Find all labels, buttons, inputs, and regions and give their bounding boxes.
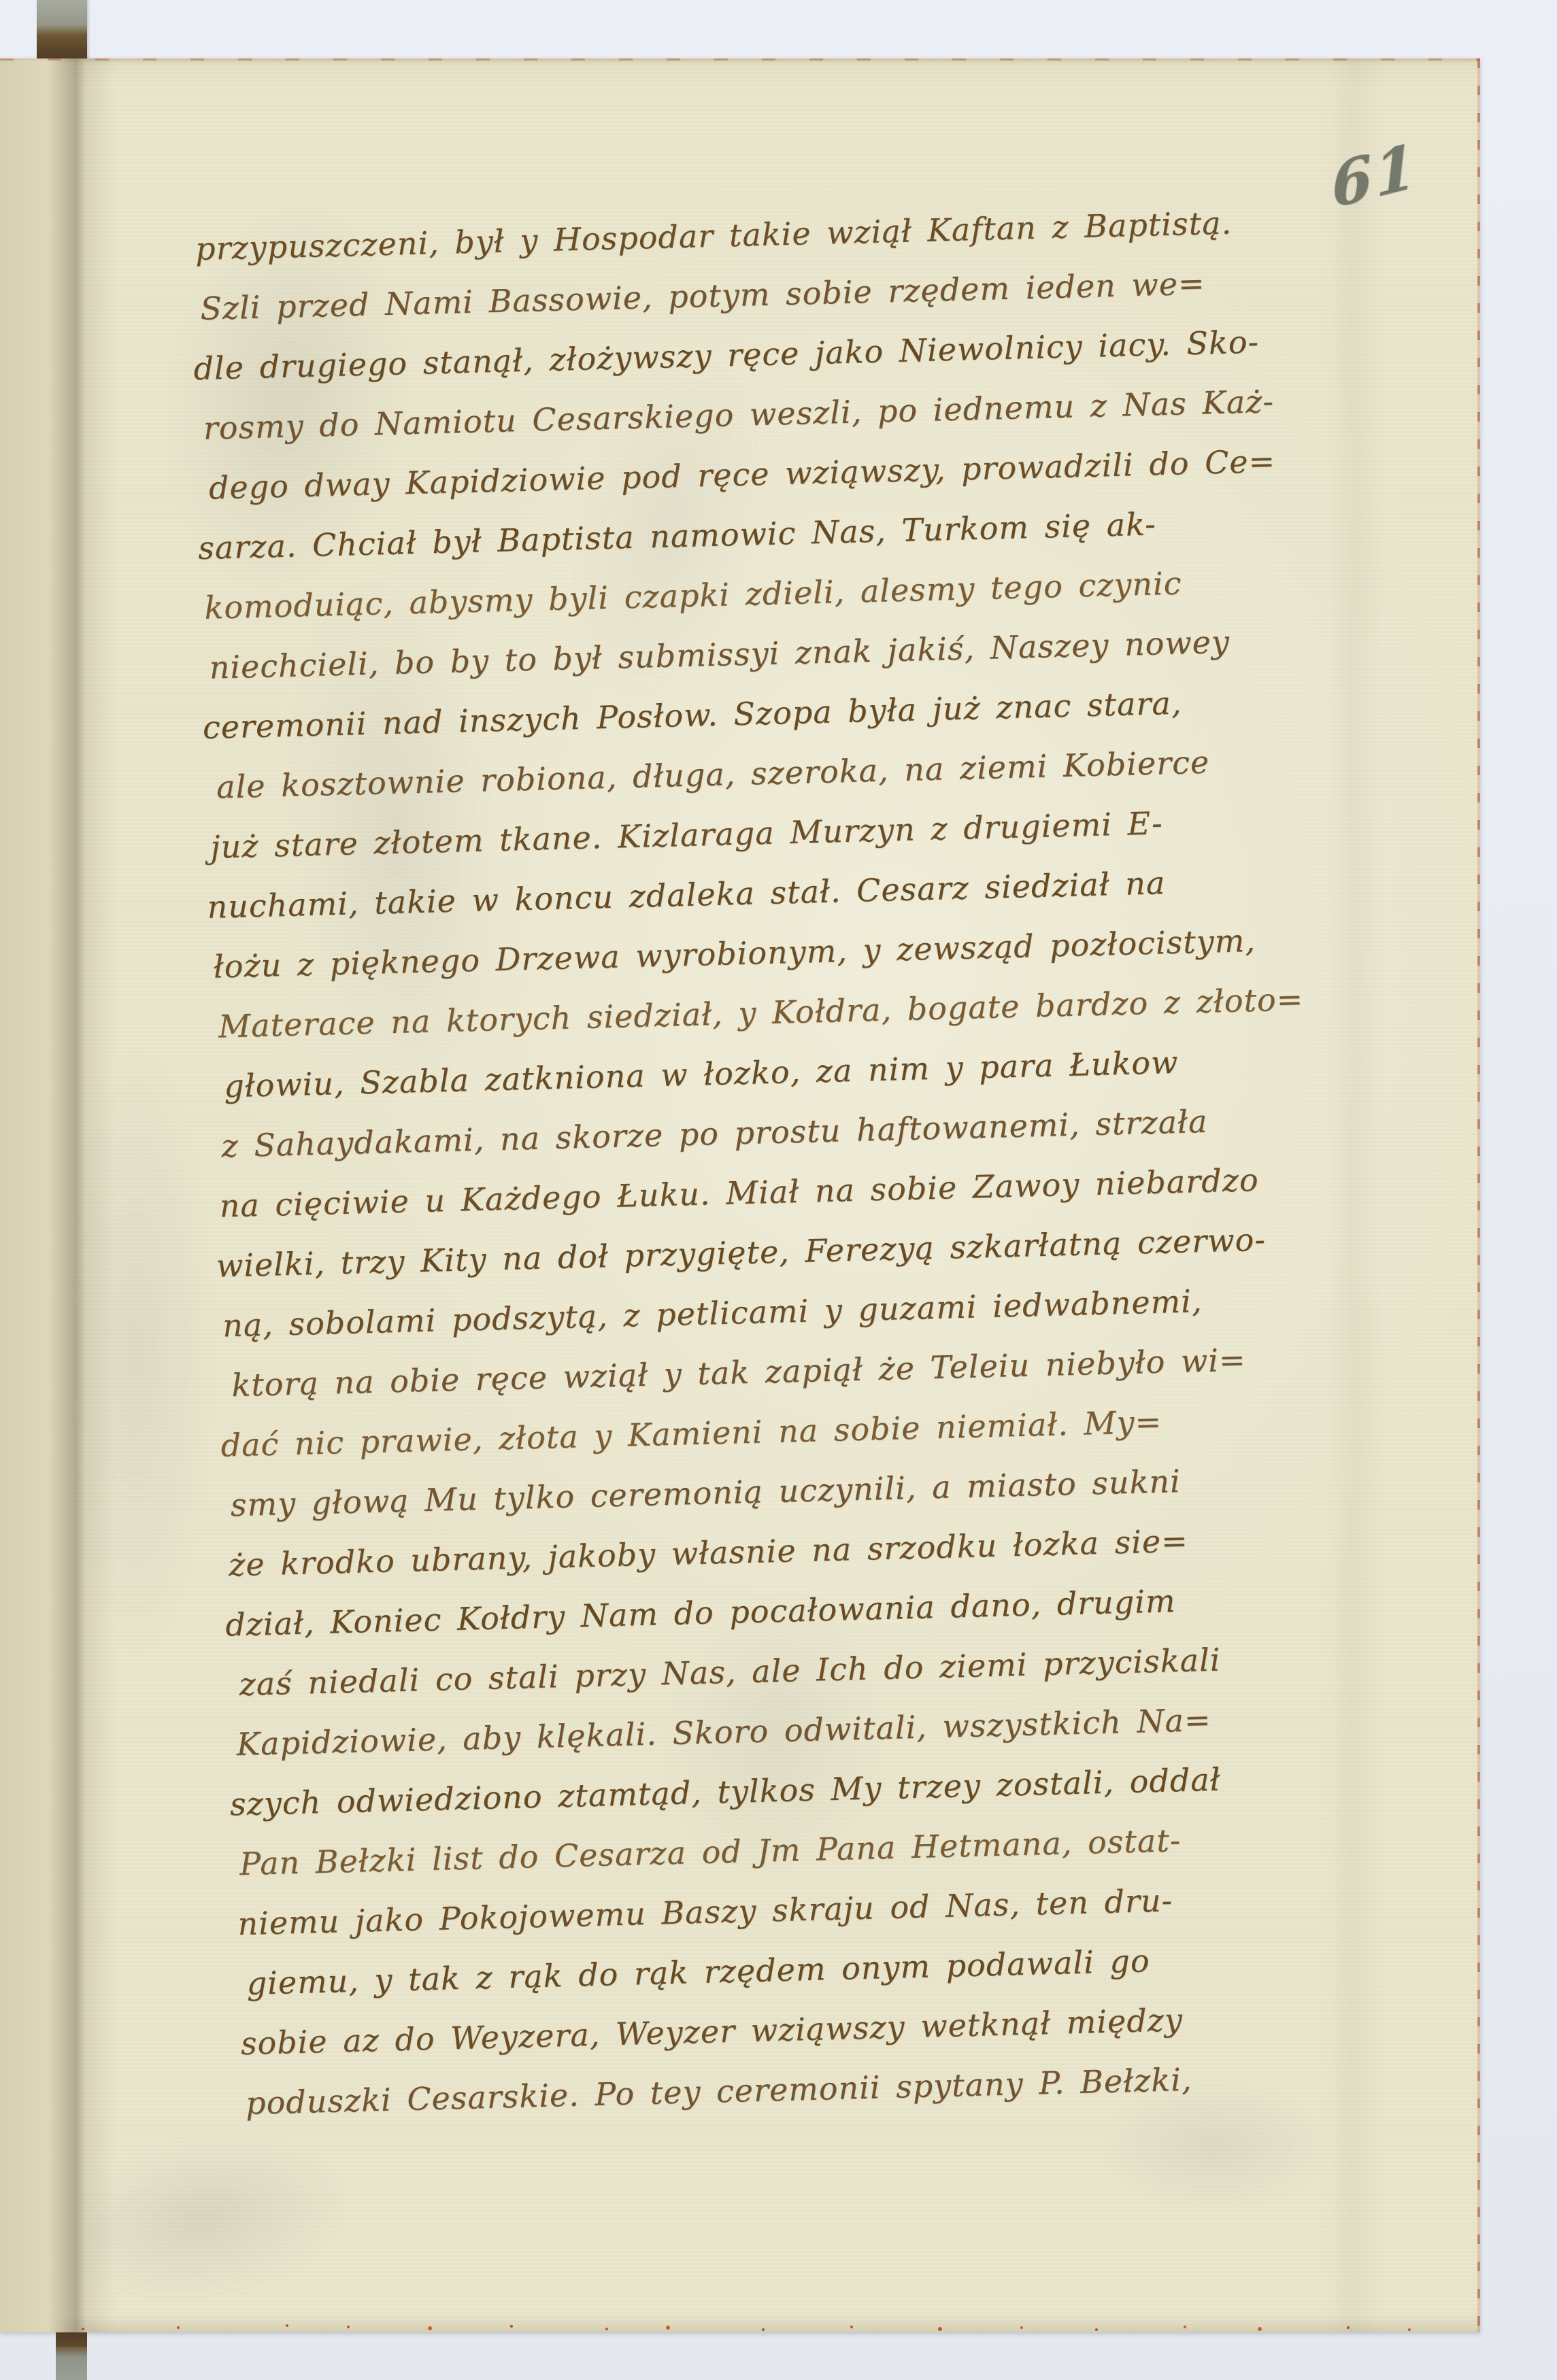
bleedthrough-smudge xyxy=(61,1044,211,1656)
book-ribbon-bottom-icon xyxy=(56,2330,87,2380)
bleedthrough-smudge xyxy=(50,2115,358,2319)
folio-number: 61 xyxy=(1329,129,1420,222)
manuscript-text: przypuszczeni, był y Hospodar takie wzią… xyxy=(195,190,1386,2133)
page-top-edge xyxy=(0,58,1480,61)
scan-background: 61 przypuszczeni, był y Hospodar takie w… xyxy=(0,0,1557,2380)
manuscript-page: 61 przypuszczeni, był y Hospodar takie w… xyxy=(0,58,1480,2332)
page-edge-speckles xyxy=(286,2324,288,2327)
book-ribbon-top-icon xyxy=(37,0,87,64)
page-fore-edge xyxy=(1477,58,1480,2332)
